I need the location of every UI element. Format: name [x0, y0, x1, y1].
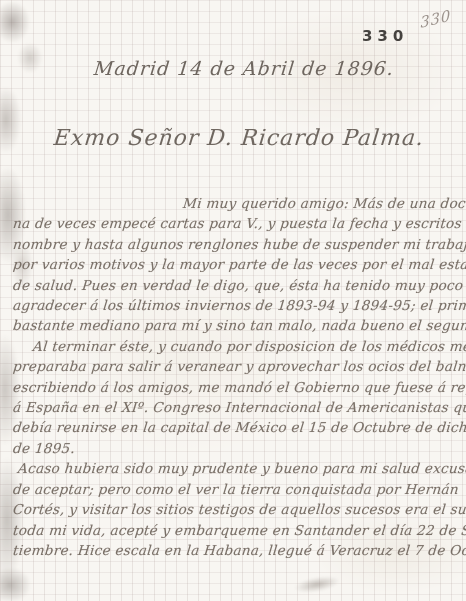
letter-line: preparaba para salir á veranear y aprove…: [12, 357, 466, 377]
letter-dateline: Madrid 14 de Abril de 1896.: [0, 58, 466, 80]
letter-line: tiembre. Hice escala en la Habana, llegu…: [12, 541, 466, 561]
letter-line: Cortés, y visitar los sitios testigos de…: [12, 500, 466, 520]
letter-body: Mi muy querido amigo: Más de una docena …: [12, 194, 464, 561]
manuscript-page: 330 330 Madrid 14 de Abril de 1896. Exmo…: [0, 0, 466, 601]
letter-line: escribiendo á los amigos, me mandó el Go…: [12, 378, 466, 398]
letter-line: de 1895.: [12, 439, 466, 459]
letter-line: Acaso hubiera sido muy prudente y bueno …: [12, 459, 466, 479]
printed-page-number: 330: [362, 27, 408, 45]
letter-line: por varios motivos y la mayor parte de l…: [12, 255, 466, 275]
letter-line: á España en el XIº. Congreso Internacion…: [12, 398, 466, 418]
letter-line: toda mi vida, acepté y embarqueme en San…: [12, 521, 466, 541]
letter-salutation: Exmo Señor D. Ricardo Palma.: [0, 126, 466, 151]
letter-line: na de veces empecé cartas para V., y pue…: [12, 214, 466, 234]
letter-line: Mi muy querido amigo: Más de una doce: [12, 194, 466, 214]
letter-line: Al terminar éste, y cuando por disposici…: [12, 337, 466, 357]
letter-line: de salud. Pues en verdad le digo, que, é…: [12, 276, 466, 296]
letter-line: agradecer á los últimos inviernos de 189…: [12, 296, 466, 316]
handwritten-page-number: 330: [421, 6, 452, 32]
letter-line: nombre y hasta algunos renglones hube de…: [12, 235, 466, 255]
letter-line: debía reunirse en la capital de México e…: [12, 418, 466, 438]
bottom-smudge-stain: [292, 573, 342, 596]
letter-line: de aceptar; pero como el ver la tierra c…: [12, 480, 466, 500]
letter-line: bastante mediano para mí y sino tan malo…: [12, 316, 466, 336]
